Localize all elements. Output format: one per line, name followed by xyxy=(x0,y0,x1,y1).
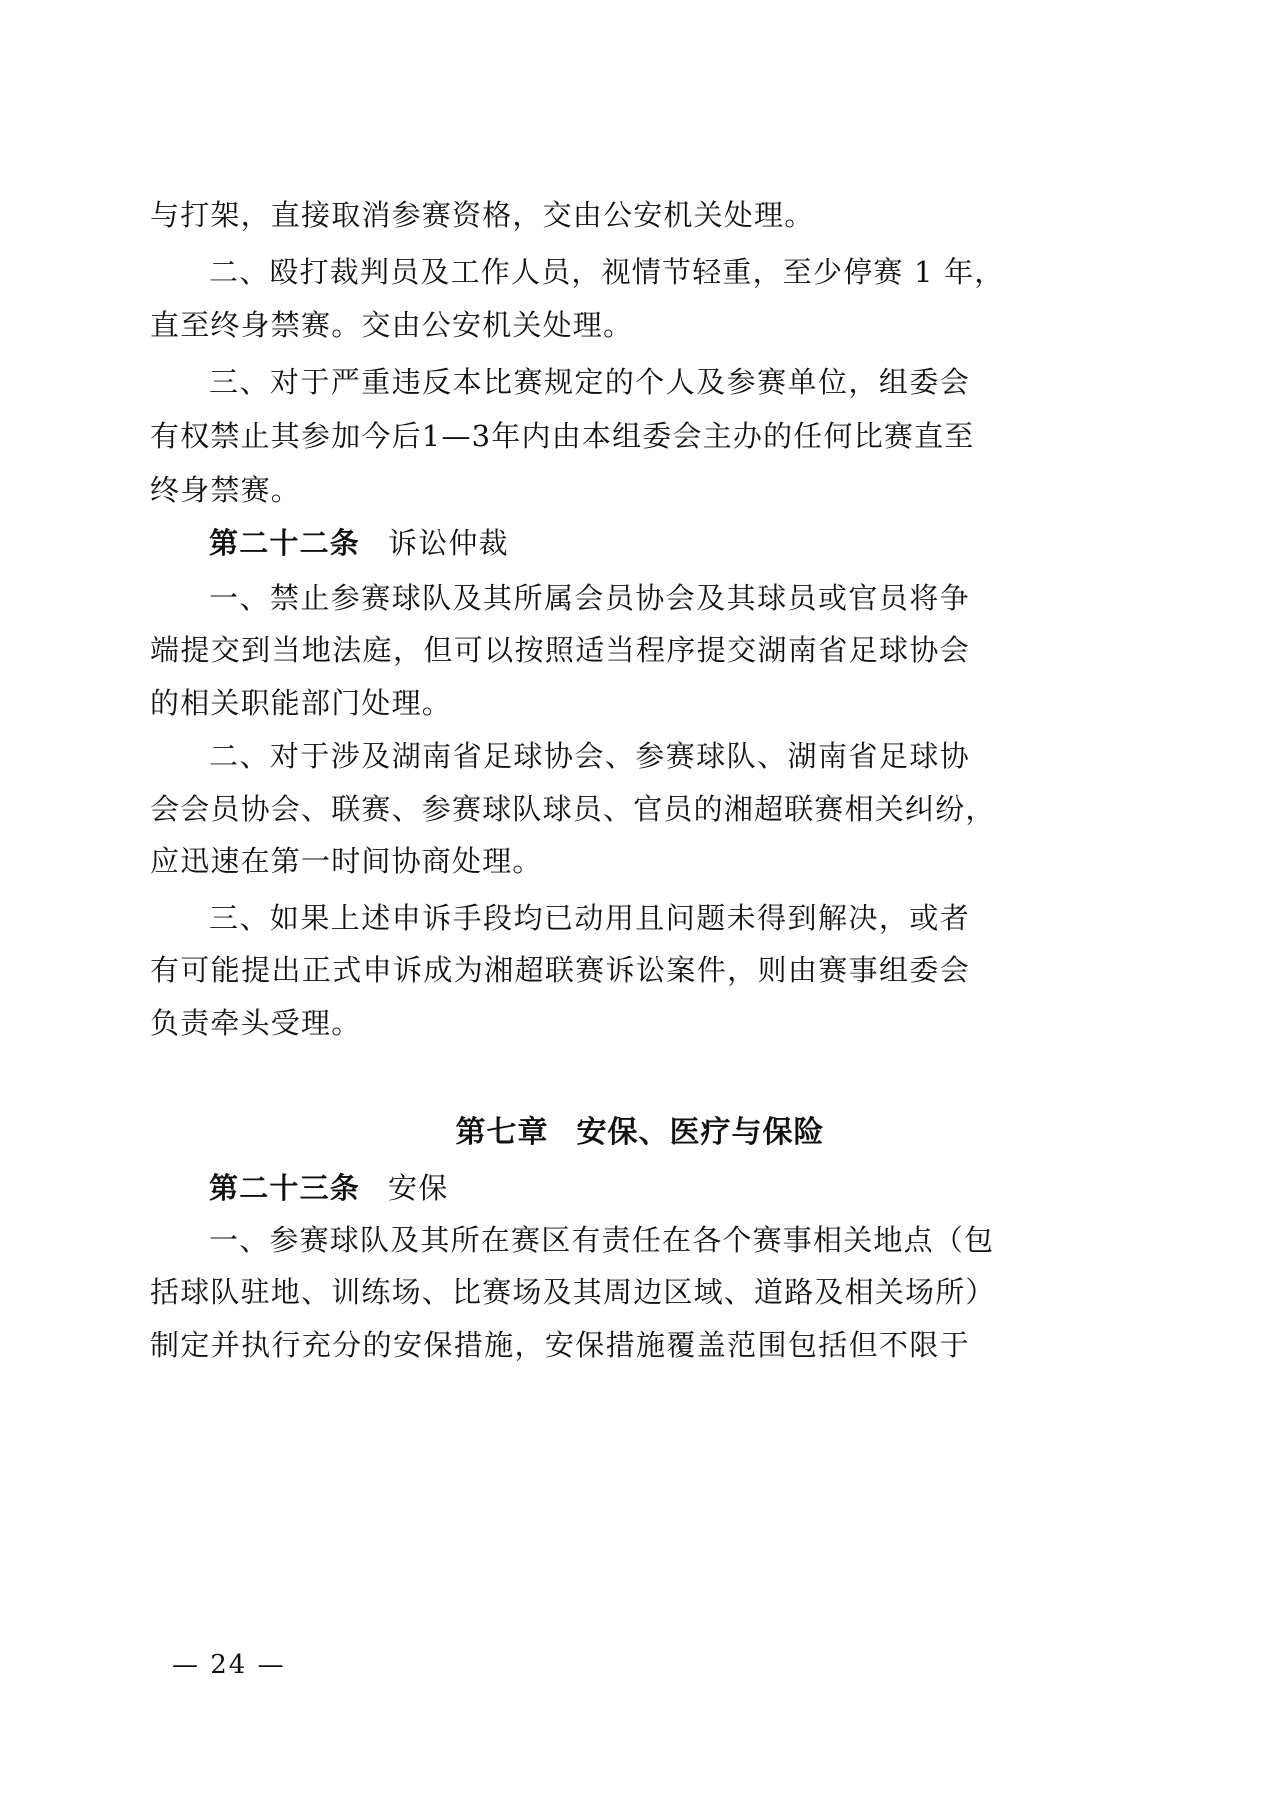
chapter-7-heading: 第七章安保、医疗与保险 xyxy=(0,1113,1280,1153)
paragraph-line: 应迅速在第一时间协商处理。 xyxy=(150,841,970,881)
chapter-title: 安保、医疗与保险 xyxy=(577,1115,825,1150)
page-number: — 24 — xyxy=(172,1648,286,1682)
paragraph-line: 负责牵头受理。 xyxy=(150,1003,970,1043)
paragraph-line: 括球队驻地、训练场、比赛场及其周边区域、道路及相关场所） xyxy=(150,1272,970,1312)
article-title: 安保 xyxy=(388,1171,448,1205)
paragraph-line: 有权禁止其参加今后1—3年内由本组委会主办的任何比赛直至 xyxy=(150,416,970,456)
paragraph-line: 与打架，直接取消参赛资格，交由公安机关处理。 xyxy=(150,195,970,235)
article-title: 诉讼仲裁 xyxy=(388,526,509,560)
paragraph-line: 会会员协会、联赛、参赛球队球员、官员的湘超联赛相关纠纷， xyxy=(150,789,970,829)
article-number: 第二十二条 xyxy=(209,526,360,560)
paragraph-line: 终身禁赛。 xyxy=(150,470,970,510)
paragraph-line: 的相关职能部门处理。 xyxy=(150,683,970,723)
paragraph-line: 有可能提出正式申诉成为湘超联赛诉讼案件，则由赛事组委会 xyxy=(150,950,970,990)
article-22-heading: 第二十二条诉讼仲裁 xyxy=(209,523,970,563)
article-23-heading: 第二十三条安保 xyxy=(209,1168,970,1208)
paragraph-line: 三、对于严重违反本比赛规定的个人及参赛单位，组委会 xyxy=(209,362,970,402)
paragraph-line: 二、殴打裁判员及工作人员，视情节轻重，至少停赛 1 年， xyxy=(209,252,970,292)
chapter-number: 第七章 xyxy=(456,1115,549,1150)
paragraph-line: 二、对于涉及湖南省足球协会、参赛球队、湖南省足球协 xyxy=(209,736,970,776)
paragraph-line: 一、禁止参赛球队及其所属会员协会及其球员或官员将争 xyxy=(209,578,970,618)
paragraph-line: 三、如果上述申诉手段均已动用且问题未得到解决，或者 xyxy=(209,898,970,938)
paragraph-line: 直至终身禁赛。交由公安机关处理。 xyxy=(150,305,970,345)
article-number: 第二十三条 xyxy=(209,1171,360,1205)
paragraph-line: 制定并执行充分的安保措施，安保措施覆盖范围包括但不限于 xyxy=(150,1325,970,1365)
paragraph-line: 一、参赛球队及其所在赛区有责任在各个赛事相关地点（包 xyxy=(209,1220,970,1260)
document-page: 与打架，直接取消参赛资格，交由公安机关处理。 二、殴打裁判员及工作人员，视情节轻… xyxy=(0,0,1280,1810)
paragraph-line: 端提交到当地法庭，但可以按照适当程序提交湖南省足球协会 xyxy=(150,630,970,670)
